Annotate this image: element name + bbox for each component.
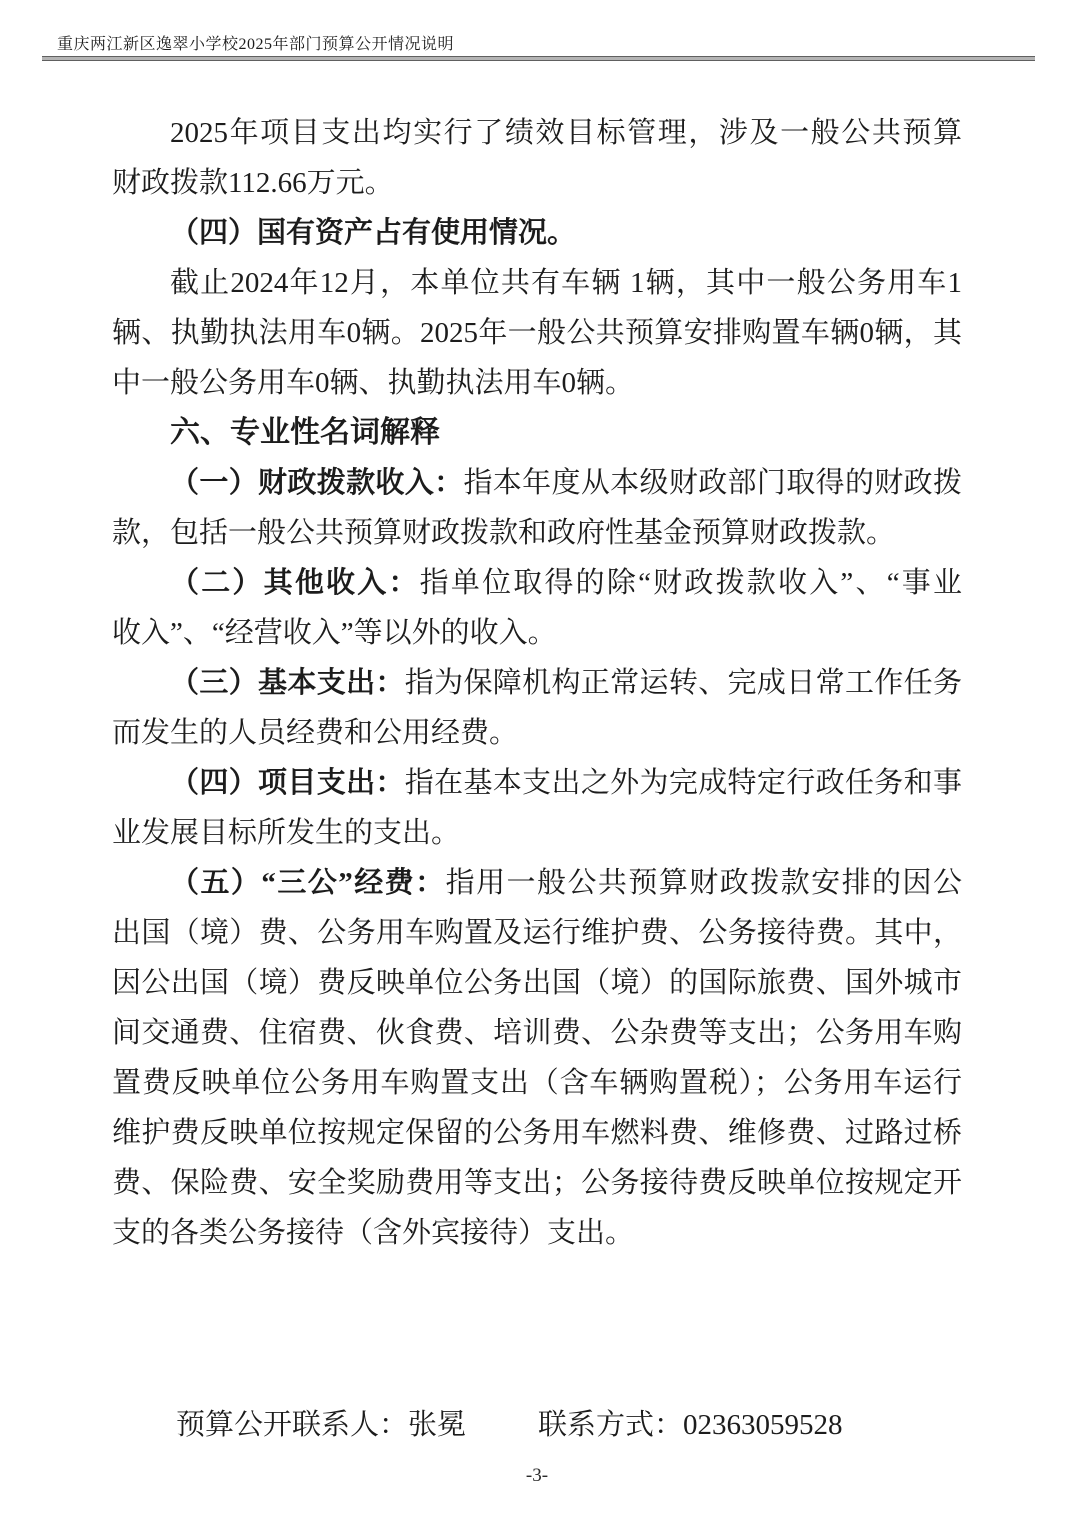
def-basic-expenditure: （三）基本支出：指为保障机构正常运转、完成日常工作任务而发生的人员经费和公用经费… <box>112 658 962 758</box>
contact-phone: 联系方式：02363059528 <box>538 1409 843 1441</box>
text-line: 2025年项目支出均实行了绩效目标管理，涉及一般公共预算 <box>112 108 962 158</box>
def-other-income: （二）其他收入：指单位取得的除“财政拨款收入”、“事业收入”、“经营收入”等以外… <box>112 558 962 658</box>
document-body: 2025年项目支出均实行了绩效目标管理，涉及一般公共预算财政拨款112.66万元… <box>112 108 962 1258</box>
contact-line: 预算公开联系人：张冕联系方式：02363059528 <box>176 1400 962 1450</box>
text-line: （四）国有资产占有使用情况。 <box>112 208 962 258</box>
text-line: （三）基本支出：指为保障机构正常运转、完成日常工作任务 <box>112 658 962 708</box>
heading-state-assets: （四）国有资产占有使用情况。 <box>112 208 962 258</box>
text-line: 款，包括一般公共预算财政拨款和政府性基金预算财政拨款。 <box>112 508 962 558</box>
text-line: 六、专业性名词解释 <box>112 408 962 458</box>
contact-name: 张冕 <box>408 1409 466 1441</box>
text-line: 支的各类公务接待（含外宾接待）支出。 <box>112 1208 962 1258</box>
phone-number: 02363059528 <box>683 1409 843 1441</box>
document-page: 重庆两江新区逸翠小学校2025年部门预算公开情况说明 2025年项目支出均实行了… <box>0 0 1074 1520</box>
contact-label: 预算公开联系人： <box>176 1409 408 1441</box>
text-line: 出国（境）费、公务用车购置及运行维护费、公务接待费。其中， <box>112 908 962 958</box>
text-line: 置费反映单位公务用车购置支出（含车辆购置税）；公务用车运行 <box>112 1058 962 1108</box>
text-line: （一）财政拨款收入：指本年度从本级财政部门取得的财政拨 <box>112 458 962 508</box>
def-three-public-funds: （五）“三公”经费：指用一般公共预算财政拨款安排的因公出国（境）费、公务用车购置… <box>112 858 962 1258</box>
text-line: 因公出国（境）费反映单位公务出国（境）的国际旅费、国外城市 <box>112 958 962 1008</box>
text-line: 间交通费、住宿费、伙食费、培训费、公杂费等支出；公务用车购 <box>112 1008 962 1058</box>
heading-glossary: 六、专业性名词解释 <box>112 408 962 458</box>
text-line: 收入”、“经营收入”等以外的收入。 <box>112 608 962 658</box>
text-line: 而发生的人员经费和公用经费。 <box>112 708 962 758</box>
text-line: （五）“三公”经费：指用一般公共预算财政拨款安排的因公 <box>112 858 962 908</box>
def-fiscal-appropriation-income: （一）财政拨款收入：指本年度从本级财政部门取得的财政拨款，包括一般公共预算财政拨… <box>112 458 962 558</box>
header-rule <box>42 56 1035 61</box>
def-project-expenditure: （四）项目支出：指在基本支出之外为完成特定行政任务和事业发展目标所发生的支出。 <box>112 758 962 858</box>
page-header-title: 重庆两江新区逸翠小学校2025年部门预算公开情况说明 <box>57 31 454 54</box>
text-line: 截止2024年12月，本单位共有车辆 1辆，其中一般公务用车1 <box>112 258 962 308</box>
text-line: 业发展目标所发生的支出。 <box>112 808 962 858</box>
text-line: 中一般公务用车0辆、执勤执法用车0辆。 <box>112 358 962 408</box>
contact-person: 预算公开联系人：张冕 <box>176 1409 466 1441</box>
page-number: -3- <box>0 1465 1074 1487</box>
text-line: （四）项目支出：指在基本支出之外为完成特定行政任务和事 <box>112 758 962 808</box>
text-line: 辆、执勤执法用车0辆。2025年一般公共预算安排购置车辆0辆，其 <box>112 308 962 358</box>
para-performance-targets: 2025年项目支出均实行了绩效目标管理，涉及一般公共预算财政拨款112.66万元… <box>112 108 962 208</box>
para-vehicles: 截止2024年12月，本单位共有车辆 1辆，其中一般公务用车1辆、执勤执法用车0… <box>112 258 962 408</box>
text-line: （二）其他收入：指单位取得的除“财政拨款收入”、“事业 <box>112 558 962 608</box>
phone-label: 联系方式： <box>538 1409 683 1441</box>
text-line: 费、保险费、安全奖励费用等支出；公务接待费反映单位按规定开 <box>112 1158 962 1208</box>
text-line: 财政拨款112.66万元。 <box>112 158 962 208</box>
text-line: 维护费反映单位按规定保留的公务用车燃料费、维修费、过路过桥 <box>112 1108 962 1158</box>
